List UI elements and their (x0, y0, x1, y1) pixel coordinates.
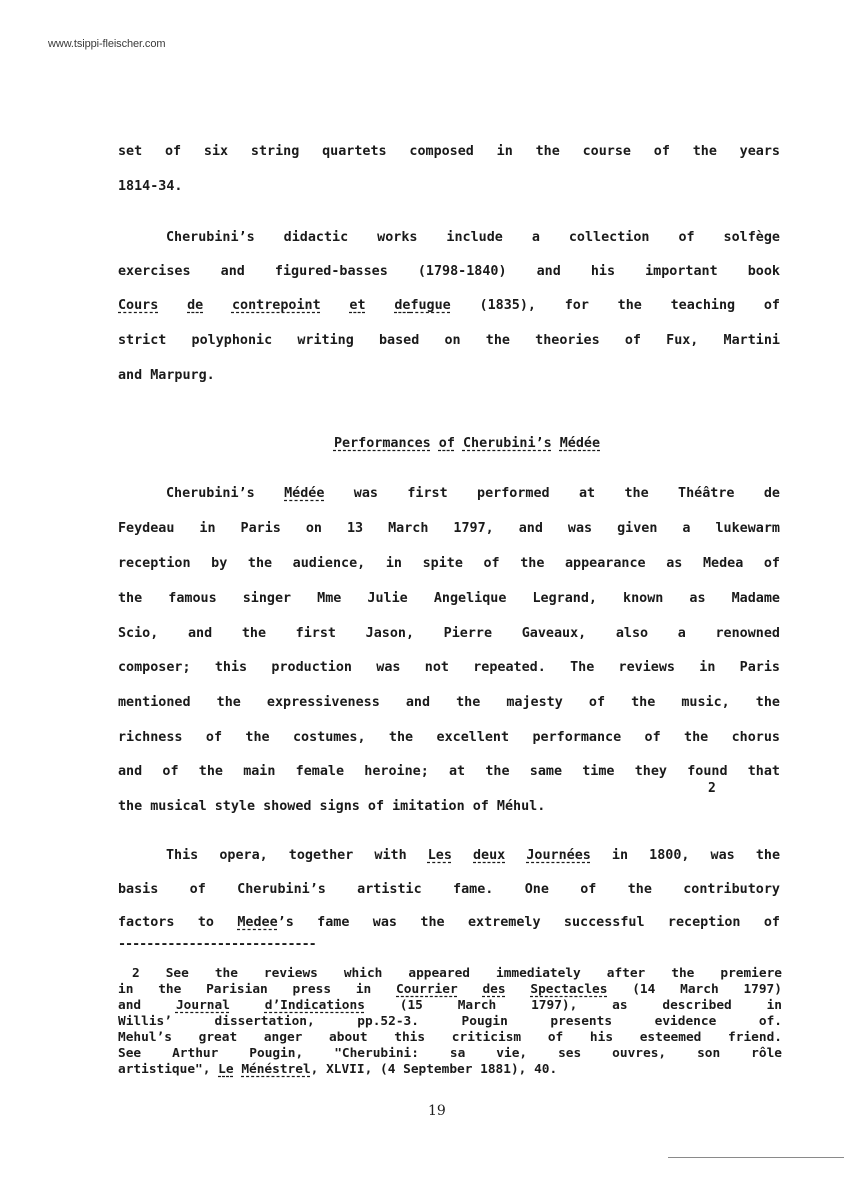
scan-artifact-line (668, 1157, 844, 1158)
text-span: ’s fame was the extremely successful rec… (278, 915, 780, 930)
opera-title-word: deux (473, 848, 505, 863)
footnote-line: and Journal d’Indications (15 March 1797… (118, 998, 782, 1013)
text-line: Cherubini’s Médée was first performed at… (118, 484, 780, 504)
text-line: exercises and figured-basses (1798-1840)… (118, 262, 780, 282)
book-title-word: fugue (410, 298, 450, 313)
text-line: factors to Medee’s fame was the extremel… (118, 913, 780, 933)
heading-word: Médée (560, 436, 600, 451)
footnote-line: Willis’ dissertation, pp.52-3. Pougin pr… (118, 1014, 782, 1029)
text-line: This opera, together with Les deux Journ… (118, 846, 780, 866)
section-heading: Performances of Cherubini’s Médée (118, 434, 780, 454)
book-title-word: et (349, 298, 365, 313)
text-line: Scio, and the first Jason, Pierre Gaveau… (118, 624, 780, 644)
text-line: Cours de contrepoint et defugue (1835), … (118, 296, 780, 316)
text-line: and of the main female heroine; at the s… (118, 762, 780, 782)
heading-word: of (439, 436, 455, 451)
footnote-reference: 2 (708, 781, 716, 796)
text-line: Feydeau in Paris on 13 March 1797, and w… (118, 519, 780, 539)
publication-title-word: Ménéstrel (241, 1062, 310, 1077)
text-line: set of six string quartets composed in t… (118, 142, 780, 162)
text-line: composer; this production was not repeat… (118, 658, 780, 678)
text-line: mentioned the expressiveness and the maj… (118, 693, 780, 713)
publication-title-word: Spectacles (530, 982, 607, 997)
footnote-line: 2 See the reviews which appeared immedia… (118, 966, 782, 981)
text-span: and (118, 998, 176, 1013)
text-span: See the reviews which appeared immediate… (140, 966, 782, 981)
opera-title-word: Les (428, 848, 452, 863)
opera-title: Médée (284, 486, 324, 501)
text-line: strict polyphonic writing based on the t… (118, 331, 780, 351)
text-span: was first performed at the Théâtre de (324, 486, 780, 501)
text-span: (1835), for the teaching of (451, 298, 780, 313)
text-line: reception by the audience, in spite of t… (118, 554, 780, 574)
footnote-number: 2 (132, 966, 140, 981)
opera-title-word: Journées (526, 848, 591, 863)
footnote-line: See Arthur Pougin, "Cherubini: sa vie, s… (118, 1046, 782, 1061)
text-span: Cherubini’s (166, 486, 284, 501)
book-title-word: contrepoint (232, 298, 321, 313)
text-span: This opera, together with (166, 848, 428, 863)
page-number: 19 (428, 1103, 446, 1119)
text-line: basis of Cherubini’s artistic fame. One … (118, 880, 780, 900)
text-span: in the Parisian press in (118, 982, 396, 997)
text-span: factors to (118, 915, 237, 930)
text-line: the musical style showed signs of imitat… (118, 797, 780, 817)
text-span: , XLVII, (4 September 1881), 40. (311, 1062, 558, 1077)
text-span: (14 March 1797) (607, 982, 782, 997)
footnote-separator: ---------------------------- (118, 938, 316, 952)
heading-word: Performances (334, 436, 431, 451)
text-line: the famous singer Mme Julie Angelique Le… (118, 589, 780, 609)
website-watermark: www.tsippi-fleischer.com (48, 38, 165, 50)
text-line: and Marpurg. (118, 366, 780, 386)
book-title-word: de (187, 298, 203, 313)
opera-title: Medee (237, 915, 277, 930)
publication-title-word: Le (218, 1062, 233, 1077)
publication-title-word: d’Indications (265, 998, 365, 1013)
text-span: artistique", (118, 1062, 218, 1077)
publication-title-word: Courrier (396, 982, 458, 997)
footnote-line: in the Parisian press in Courrier des Sp… (118, 982, 782, 997)
publication-title-word: des (482, 982, 505, 997)
text-span: (15 March 1797), as described in (365, 998, 782, 1013)
book-title-word: de (394, 298, 410, 313)
text-span: in 1800, was the (591, 848, 780, 863)
publication-title-word: Journal (176, 998, 230, 1013)
footnote-line: Mehul’s great anger about this criticism… (118, 1030, 782, 1045)
book-title-word: Cours (118, 298, 158, 313)
text-line: richness of the costumes, the excellent … (118, 728, 780, 748)
text-line: Cherubini’s didactic works include a col… (118, 228, 780, 248)
text-line: 1814-34. (118, 177, 780, 197)
heading-word: Cherubini’s (463, 436, 552, 451)
footnote-line: artistique", Le Ménéstrel, XLVII, (4 Sep… (118, 1062, 782, 1077)
